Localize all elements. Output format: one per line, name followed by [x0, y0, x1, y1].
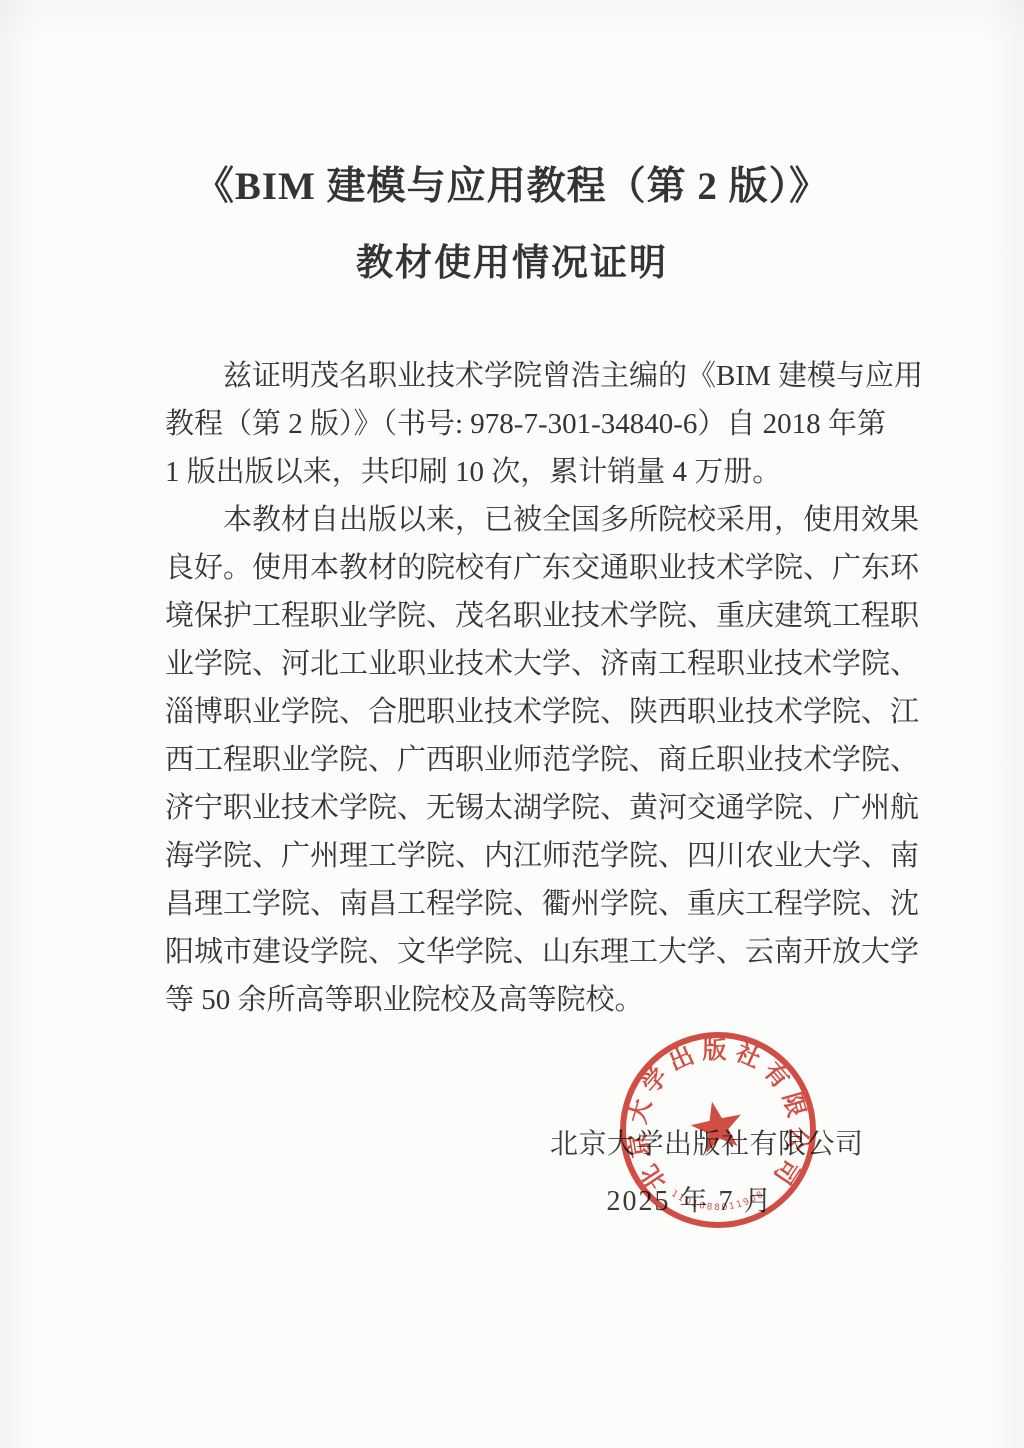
text-line: 1 版出版以来，共印刷 10 次，累计销量 4 万册。	[165, 448, 858, 496]
document-title: 《BIM 建模与应用教程（第 2 版）》	[0, 155, 1024, 211]
text-line: 教程（第 2 版）》（书号: 978-7-301-34840-6）自 2018 …	[165, 400, 858, 448]
text-line: 等 50 余所高等职业院校及高等院校。	[165, 976, 858, 1024]
text-line: 本教材自出版以来，已被全国多所院校采用，使用效果	[165, 496, 858, 544]
text-line: 良好。使用本教材的院校有广东交通职业技术学院、广东环	[165, 544, 858, 592]
document-subtitle: 教材使用情况证明	[0, 232, 1024, 286]
publisher-name: 北京大学出版社有限公司	[550, 1122, 830, 1162]
text-line: 兹证明茂名职业技术学院曾浩主编的《BIM 建模与应用	[165, 352, 858, 400]
document-body: 兹证明茂名职业技术学院曾浩主编的《BIM 建模与应用教程（第 2 版）》（书号:…	[165, 352, 858, 1024]
paragraph-adoption-schools: 本教材自出版以来，已被全国多所院校采用，使用效果良好。使用本教材的院校有广东交通…	[165, 496, 858, 1024]
text-line: 业学院、河北工业职业技术大学、济南工程职业技术学院、	[165, 640, 858, 688]
signature-block: 北京大学出版社有限公司 2025 年 7 月	[550, 1122, 830, 1219]
paragraph-publication-info: 兹证明茂名职业技术学院曾浩主编的《BIM 建模与应用教程（第 2 版）》（书号:…	[165, 352, 858, 496]
text-line: 淄博职业学院、合肥职业技术学院、陕西职业技术学院、江	[165, 688, 858, 736]
text-line: 济宁职业技术学院、无锡太湖学院、黄河交通学院、广州航	[165, 784, 858, 832]
certificate-page: 《BIM 建模与应用教程（第 2 版）》 教材使用情况证明 兹证明茂名职业技术学…	[0, 0, 1024, 1448]
text-line: 海学院、广州理工学院、内江师范学院、四川农业大学、南	[165, 832, 858, 880]
text-line: 境保护工程职业学院、茂名职业技术学院、重庆建筑工程职	[165, 592, 858, 640]
text-line: 西工程职业学院、广西职业师范学院、商丘职业技术学院、	[165, 736, 858, 784]
signature-date: 2025 年 7 月	[550, 1179, 830, 1219]
text-line: 昌理工学院、南昌工程学院、衢州学院、重庆工程学院、沈	[165, 880, 858, 928]
text-line: 阳城市建设学院、文华学院、山东理工大学、云南开放大学	[165, 928, 858, 976]
